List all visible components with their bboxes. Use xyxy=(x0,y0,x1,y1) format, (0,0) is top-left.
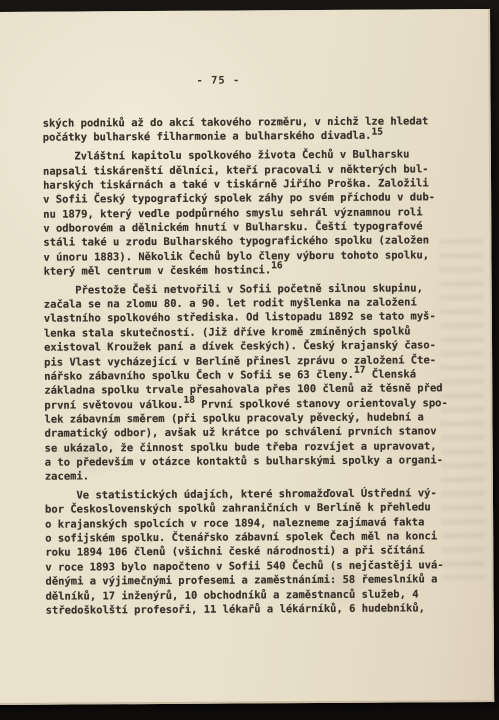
text-run: lek zábavním směrem (při spolku pracoval… xyxy=(44,411,423,425)
text-run: stáli také u zrodu Bulharského typografi… xyxy=(43,235,429,249)
footnote-marker: 18 xyxy=(183,395,195,406)
text-run: děnými a výjimečnými profesemi a zaměstn… xyxy=(45,573,437,587)
text-run: Ve statistických údajích, které shromažď… xyxy=(76,487,436,501)
footnote-marker: 17 xyxy=(354,365,366,376)
text-run: základna spolku trvale přesahovala přes … xyxy=(44,382,442,396)
scanned-book-photo: - 75 - ských podniků až do akcí takového… xyxy=(0,0,499,720)
text-run: ských podniků až do akcí takového rozměr… xyxy=(43,115,429,129)
text-line: který měl centrum v českém hostinci.16 xyxy=(44,262,452,279)
text-block: ských podniků až do akcí takového rozměr… xyxy=(43,114,454,618)
text-run: Přestože Češi netvořili v Sofii početně … xyxy=(75,282,423,296)
footnote-marker: 15 xyxy=(371,126,383,137)
text-run: v Sofii Český typografický spolek záhy p… xyxy=(43,192,435,206)
text-line: zacemi. xyxy=(45,467,453,484)
text-run: v roce 1893 bylo napočteno v Sofii 540 Č… xyxy=(45,559,443,573)
text-line: ských podniků až do akcí takového rozměr… xyxy=(43,114,451,131)
text-run: o sofijském spolku. Čtenářsko zábavní sp… xyxy=(45,530,437,544)
text-line: počátky bulharské filharmonie a bulharsk… xyxy=(43,129,451,146)
text-run: o krajanských spolcích v roce 1894, nale… xyxy=(45,516,424,530)
text-run: vlastního spolkového střediska. Od listo… xyxy=(44,311,436,325)
text-run: první světovou válkou. xyxy=(44,398,183,411)
text-run: středoškolští profesoři, 11 lékařů a lék… xyxy=(46,602,425,616)
text-run: v odborovém a dělnickém hnutí v Bulharsk… xyxy=(43,220,422,234)
text-run: a to především v otázce kontaktů s bulha… xyxy=(45,454,443,468)
text-run: se ukázalo, že činnost spolku bude třeba… xyxy=(45,440,437,454)
text-run: počátky bulharské filharmonie a bulharsk… xyxy=(43,130,372,144)
text-run: První spolkové stanovy orientovaly spo- xyxy=(195,397,448,411)
footnote-marker: 16 xyxy=(271,261,283,272)
paragraph: Zvláštní kapitolu spolkového života Čech… xyxy=(43,147,452,279)
text-run: dělníků, 17 inženýrů, 10 obchodníků a za… xyxy=(46,588,419,602)
text-run: Zvláštní kapitolu spolkového života Čech… xyxy=(74,149,409,163)
text-line: a to především v otázce kontaktů s bulha… xyxy=(45,453,453,470)
text-line: středoškolští profesoři, 11 lékařů a lék… xyxy=(46,601,454,618)
text-run: který měl centrum v českém hostinci. xyxy=(44,264,272,277)
text-run: Členská xyxy=(365,368,416,380)
text-run: začala se na zlomu 80. a 90. let rodit m… xyxy=(44,297,417,311)
page-number: - 75 - xyxy=(196,74,240,86)
text-run: pis Vlast vycházející v Berlíně přinesl … xyxy=(44,354,436,368)
text-line: v únoru 1883). Několik Čechů bylo členy … xyxy=(43,248,451,265)
text-run: zacemi. xyxy=(45,471,89,483)
paragraph: Ve statistických údajích, které shromažď… xyxy=(45,486,454,618)
text-run: lenka stala skutečností. (Již dříve krom… xyxy=(44,325,411,339)
text-run: bor Československých spolků zahraničních… xyxy=(45,502,431,516)
text-run: roku 1894 106 členů (všichni české národ… xyxy=(45,545,424,559)
text-run: existoval Kroužek paní a dívek českých).… xyxy=(44,339,436,353)
text-run: napsali tiskárenští dělníci, kteří praco… xyxy=(43,163,429,177)
text-run: nu 1879, který vedle podpůrného smyslu s… xyxy=(43,206,422,220)
text-run: nářsko zábavního spolku Čech v Sofii se … xyxy=(44,369,354,383)
text-run: harských tiskárnách a také v tiskárně Ji… xyxy=(43,177,429,191)
text-run: dramatický odbor), avšak už krátce po sc… xyxy=(45,426,437,440)
paragraph: Přestože Češi netvořili v Sofii početně … xyxy=(44,281,453,484)
book-page: - 75 - ských podniků až do akcí takového… xyxy=(0,9,494,705)
text-run: v únoru 1883). Několik Čechů bylo členy … xyxy=(43,249,429,263)
paragraph: ských podniků až do akcí takového rozměr… xyxy=(43,114,451,145)
